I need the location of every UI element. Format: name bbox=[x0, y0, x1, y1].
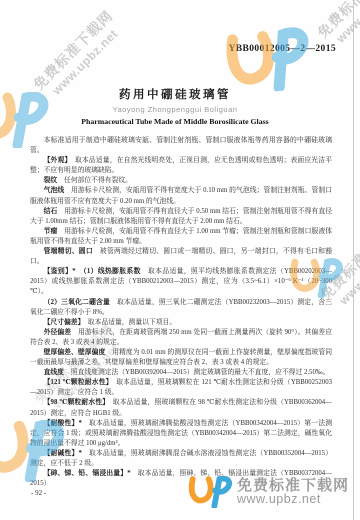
paragraph-label: 结石 bbox=[44, 208, 65, 215]
paragraph-label: 【98 ℃颗粒耐水性】 bbox=[44, 399, 113, 406]
page-number: - 92 - bbox=[31, 489, 46, 497]
body-paragraph: 管端精切、圆口 玻管两端经过精切、圆口或一端精切、圆口，另一端封口，不得有毛口和… bbox=[30, 247, 332, 267]
body-paragraph: 外径偏差 用游标卡尺，在距离玻管两端 250 mm 处同一截面上测量两次（旋转 … bbox=[30, 328, 332, 348]
paragraph-label: 【外观】 bbox=[44, 157, 75, 164]
title-block: 药用中硼硅玻璃管 Yaoyong Zhongpenggui Boliguan P… bbox=[0, 86, 350, 126]
body-paragraph: 【耐酸性】* 取本品适量，照玻璃耐沸腾盐酸浸蚀性测定法（YBB00342004—… bbox=[30, 419, 332, 449]
paragraph-label: 直线度 bbox=[44, 369, 71, 376]
paragraph-label: 管端精切、圆口 bbox=[44, 248, 100, 255]
body-paragraph: 【98 ℃颗粒耐水性】 取本品适量，照玻璃颗粒在 98 ℃耐水性测定法和分级（Y… bbox=[30, 398, 332, 418]
doc-number: YBB00012005—2—2015 bbox=[229, 44, 336, 54]
body-paragraph: 【尺寸偏差】 取本品适量，测量以下项目。 bbox=[30, 318, 332, 328]
body-paragraph: 壁厚偏差、壁厚偏度 用精度为 0.01 mm 的测厚仪在同一截面上作旋转测量，壁… bbox=[30, 348, 332, 368]
body-paragraph: 【外观】 取本品适量，在自然光线明亮处，正视目测，应无色透明或棕色透明；表面应光… bbox=[30, 156, 332, 176]
brand-site-url: www.upbz.net bbox=[237, 493, 349, 506]
title-pinyin: Yaoyong Zhongpenggui Boliguan bbox=[0, 105, 350, 114]
paragraph-label: 【砷、锑、铅、镉浸出量】* bbox=[44, 470, 138, 477]
body-paragraph: 【鉴别】* （1）线热膨胀系数 取本品适量，照平均线热膨胀系数测定法（YBB00… bbox=[30, 267, 332, 297]
paragraph-label: （2）三氧化二硼含量 bbox=[44, 299, 117, 306]
up-logo-icon bbox=[187, 476, 233, 508]
paragraph-label: 【121 ℃颗粒耐水性】 bbox=[44, 379, 117, 386]
footer-brand: 免费标准下载网 www.upbz.net bbox=[187, 476, 349, 508]
brand-site-name: 免费标准下载网 bbox=[237, 478, 349, 494]
page-edge-line bbox=[353, 0, 354, 520]
watermark-text-top-right: 免费标准下载网 www.upbz.net bbox=[300, 0, 360, 65]
paragraph-label: 【耐碱性】* bbox=[44, 450, 89, 457]
paragraph-label: 气泡线 bbox=[44, 187, 71, 194]
paragraph-label: 【鉴别】* （1）线热膨胀系数 bbox=[44, 268, 148, 275]
body-text: 本标准适用于制造中硼硅玻璃安瓿、管制注射剂瓶、管制口服液体瓶等药用容器的中硼硅玻… bbox=[30, 136, 332, 489]
body-paragraph: 结石 用游标卡尺检测，安瓿用管不得有直径大于 0.50 mm 结石；管制注射剂瓶… bbox=[30, 207, 332, 227]
body-paragraph: 直线度 照直线度测定法（YBB00392004—2015）测定玻璃管的最大不直度… bbox=[30, 368, 332, 378]
body-paragraph: 裂纹 任何部位不得有裂纹。 bbox=[30, 176, 332, 186]
body-paragraph: 【121 ℃颗粒耐水性】 取本品适量，照玻璃颗粒在 121 ℃耐水性测定法和分级… bbox=[30, 378, 332, 398]
body-paragraph: 气泡线 用游标卡尺检测，安瓿用管不得有宽度大于 0.10 mm 的气泡线；管制注… bbox=[30, 186, 332, 206]
paragraph-label: 节瘤 bbox=[44, 228, 65, 235]
paragraph-label: 壁厚偏差、壁厚偏度 bbox=[44, 349, 113, 356]
title-english: Pharmaceutical Tube Made of Middle Boros… bbox=[0, 117, 350, 126]
paragraph-label: 外径偏差 bbox=[44, 329, 78, 336]
body-paragraph: 【耐碱性】* 取本品适量，照玻璃耐沸腾混合碱水溶液浸蚀性测定法（YBB00352… bbox=[30, 449, 332, 469]
body-paragraph: 节瘤 用游标卡尺检测，安瓿用管不得有直径大于 1.00 mm 节瘤；管制注射剂瓶… bbox=[30, 227, 332, 247]
paragraph-label: 【尺寸偏差】 bbox=[44, 319, 88, 326]
paragraph-label: 【耐酸性】* bbox=[44, 420, 89, 427]
body-paragraph: （2）三氧化二硼含量 取本品适量，照三氧化二硼测定法（YBB00232003—2… bbox=[30, 298, 332, 318]
brand-text: 免费标准下载网 www.upbz.net bbox=[237, 478, 349, 507]
document-page: YBB00012005—2—2015 药用中硼硅玻璃管 Yaoyong Zhon… bbox=[0, 0, 360, 520]
paragraph-label: 裂纹 bbox=[44, 177, 64, 184]
page-title: 药用中硼硅玻璃管 bbox=[0, 86, 350, 102]
body-paragraph: 本标准适用于制造中硼硅玻璃安瓿、管制注射剂瓶、管制口服液体瓶等药用容器的中硼硅玻… bbox=[30, 136, 332, 156]
